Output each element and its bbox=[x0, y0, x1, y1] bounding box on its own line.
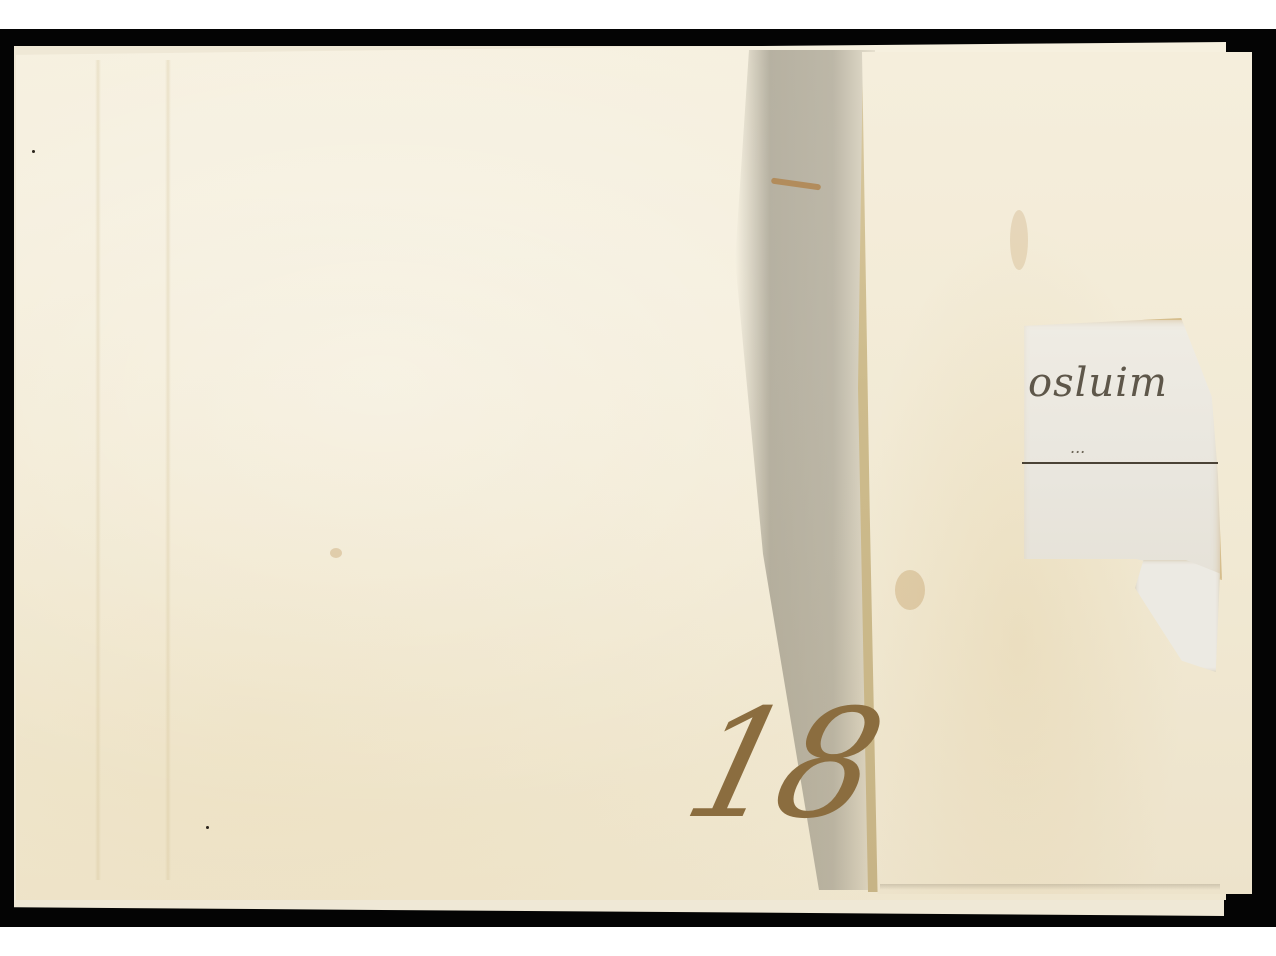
foxing-stain bbox=[1010, 210, 1028, 270]
foxing-stain bbox=[895, 570, 925, 610]
ink-spot bbox=[330, 548, 342, 558]
speck bbox=[206, 826, 209, 829]
handwritten-fragment-secondary: ... bbox=[1070, 438, 1085, 457]
vertical-fold-crease bbox=[95, 60, 101, 880]
handwritten-fragment: osluim bbox=[1028, 360, 1168, 406]
ruled-line bbox=[1022, 462, 1218, 464]
vertical-fold-crease bbox=[165, 60, 171, 880]
flap-bottom-edge bbox=[880, 884, 1220, 890]
seal-tear-window bbox=[1018, 318, 1222, 580]
speck bbox=[32, 150, 35, 153]
manuscript-rate-mark: 18 bbox=[673, 690, 889, 840]
